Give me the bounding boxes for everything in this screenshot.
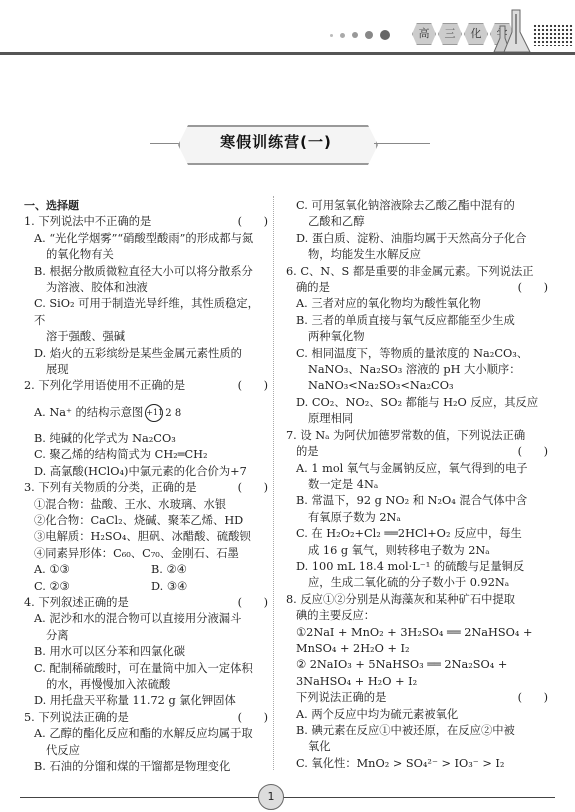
option-cont: 物，均能发生水解反应 [286,247,548,263]
answer-blank: ( ) [518,444,548,460]
question-7-stem-cont: 的是( ) [286,444,548,460]
option-cont: 的水，再慢慢加入浓硫酸 [24,677,268,693]
stem-text: 1. 下列说法中不正确的是 [24,214,151,230]
option-cont: 溶于强酸、强碱 [24,329,268,345]
column-divider [273,196,274,770]
statement: ①混合物：盐酸、王水、水玻璃、水银 [24,497,268,513]
stem-text: 5. 下列说法正确的是 [24,710,129,726]
option-cont: 数一定是 4Nₐ [286,477,548,493]
decorative-dot-grid [533,24,573,46]
option-cont: NaNO₃<Na₂SO₃<Na₂CO₃ [286,378,548,394]
option-cont: 代反应 [24,743,268,759]
option: D. 高氯酸(HClO₄)中氯元素的化合价为+7 [24,464,268,480]
option: B. 三者的单质直接与氧气反应都能至少生成 [286,313,548,329]
option-cont: 原理相同 [286,411,548,427]
option: C. SiO₂ 可用于制造光导纤维，其性质稳定，不 [24,296,268,329]
equation: 3NaHSO₄ + H₂O + I₂ [286,674,548,690]
subject-char: 三 [438,23,462,45]
statement: ③电解质：H₂SO₄、胆矾、冰醋酸、硫酸钡 [24,529,268,545]
option: A. 两个反应中均为硫元素被氧化 [286,707,548,723]
option: C. 可用氢氧化钠溶液除去乙酸乙酯中混有的 [286,198,548,214]
answer-blank: ( ) [238,214,268,230]
option: C. 相同温度下，等物质的量浓度的 Na₂CO₃、 [286,346,548,362]
option: A. Na⁺ 的结构示意图+112 8 [24,395,268,431]
option: D. 用托盘天平称量 11.72 g 氯化钾固体 [24,693,268,709]
answer-blank: ( ) [238,378,268,394]
option-text: A. Na⁺ 的结构示意图 [34,406,143,419]
equation: MnSO₄ + 2H₂O + I₂ [286,641,548,657]
answer-blank: ( ) [518,690,548,706]
equation: ①2NaI + MnO₂ + 3H₂SO₄ ══ 2NaHSO₄ + [286,625,548,641]
stem-text: 4. 下列叙述正确的是 [24,595,129,611]
option-cont: 展现 [24,362,268,378]
left-column: 一、选择题 1. 下列说法中不正确的是( ) A. “光化学烟雾”“硝酸型酸雨”… [24,198,268,775]
option: B. 根据分散质微粒直径大小可以将分散系分 [24,264,268,280]
option: D. ③④ [151,579,268,595]
option: C. 聚乙烯的结构简式为 CH₂═CH₂ [24,447,268,463]
option: B. 用水可以区分苯和四氯化碳 [24,644,268,660]
option: D. 焰火的五彩缤纷是某些金属元素性质的 [24,346,268,362]
question-2-stem: 2. 下列化学用语使用不正确的是( ) [24,378,268,394]
option: D. 100 mL 18.4 mol·L⁻¹ 的硫酸与足量铜反 [286,559,548,575]
stem-text: 3. 下列有关物质的分类，正确的是 [24,480,197,496]
header-rule [0,52,575,55]
subject-char: 高 [412,23,436,45]
option: B. 碘元素在反应①中被还原，在反应②中被 [286,723,548,739]
question-4-stem: 4. 下列叙述正确的是( ) [24,595,268,611]
statement: ②化合物：CaCl₂、烧碱、聚苯乙烯、HD [24,513,268,529]
atom-diagram-icon: +11 [145,404,163,422]
option: A. 1 mol 氧气与金属钠反应，氧气得到的电子 [286,461,548,477]
stem-text: 下列说法正确的是 [296,690,386,706]
option-cont: 有氧原子数为 2Nₐ [286,510,548,526]
option-cont: NaNO₃、Na₂SO₃ 溶液的 pH 大小顺序： [286,362,548,378]
option: A. 乙醇的酯化反应和酯的水解反应均属于取 [24,726,268,742]
option: A. 三者对应的氧化物均为酸性氧化物 [286,296,548,312]
question-8-stem: 8. 反应①②分别是从海藻灰和某种矿石中提取 [286,592,548,608]
question-8-prompt: 下列说法正确的是( ) [286,690,548,706]
page-header: 高 三 化 学 [0,0,575,60]
question-6-stem-cont: 确的是( ) [286,280,548,296]
option-cont: 分离 [24,628,268,644]
option: B. ②④ [151,562,268,578]
option-cont: 应，生成二氧化硫的分子数小于 0.92Nₐ [286,575,548,591]
option-cont: 氧化 [286,739,548,755]
stem-text: 确的是 [296,280,330,296]
option: B. 石油的分馏和煤的干馏都是物理变化 [24,759,268,775]
question-7-stem: 7. 设 Nₐ 为阿伏加德罗常数的值，下列说法正确 [286,428,548,444]
section-heading: 一、选择题 [24,198,268,214]
option: A. “光化学烟雾”“硝酸型酸雨”的形成都与氮 [24,231,268,247]
option-cont: 的氧化物有关 [24,247,268,263]
option: A. ①③ [34,562,151,578]
page-title: 寒假训练营(一) [150,131,402,152]
option-cont: 乙酸和乙醇 [286,214,548,230]
option: C. 在 H₂O₂+Cl₂ ══2HCl+O₂ 反应中，每生 [286,526,548,542]
page-number: 1 [258,784,284,810]
flask-icon [492,8,532,54]
title-banner: 寒假训练营(一) [150,123,430,167]
option-row: C. ②③D. ③④ [24,579,268,595]
answer-blank: ( ) [238,595,268,611]
footer-rule [20,797,555,798]
statement: ④同素异形体：C₆₀、C₇₀、金刚石、石墨 [24,546,268,562]
option: B. 常温下，92 g NO₂ 和 N₂O₄ 混合气体中含 [286,493,548,509]
option: C. 配制稀硫酸时，可在量筒中加入一定体积 [24,661,268,677]
question-5-stem: 5. 下列说法正确的是( ) [24,710,268,726]
question-6-stem: 6. C、N、S 都是重要的非金属元素。下列说法正 [286,264,548,280]
electron-shells: 2 8 [165,408,181,419]
option-cont: 为溶液、胶体和浊液 [24,280,268,296]
answer-blank: ( ) [238,480,268,496]
option: D. 蛋白质、淀粉、油脂均属于天然高分子化合 [286,231,548,247]
decorative-dots [330,30,390,40]
answer-blank: ( ) [238,710,268,726]
option-cont: 成 16 g 氧气，则转移电子数为 2Nₐ [286,543,548,559]
subject-char: 化 [464,23,488,45]
right-column: C. 可用氢氧化钠溶液除去乙酸乙酯中混有的 乙酸和乙醇 D. 蛋白质、淀粉、油脂… [286,198,548,772]
equation: ② 2NaIO₃ + 5NaHSO₃ ══ 2Na₂SO₄ + [286,657,548,673]
option: B. 纯碱的化学式为 Na₂CO₃ [24,431,268,447]
option: A. 泥沙和水的混合物可以直接用分液漏斗 [24,611,268,627]
answer-blank: ( ) [518,280,548,296]
stem-text: 2. 下列化学用语使用不正确的是 [24,378,185,394]
option-cont: 两种氧化物 [286,329,548,345]
option: C. ②③ [34,579,151,595]
option: D. CO₂、NO₂、SO₂ 都能与 H₂O 反应，其反应 [286,395,548,411]
stem-text: 的是 [296,444,319,460]
question-3-stem: 3. 下列有关物质的分类，正确的是( ) [24,480,268,496]
option: C. 氧化性：MnO₂ > SO₄²⁻ > IO₃⁻ > I₂ [286,756,548,772]
question-8-stem-cont: 碘的主要反应： [286,608,548,624]
option-row: A. ①③B. ②④ [24,562,268,578]
question-1-stem: 1. 下列说法中不正确的是( ) [24,214,268,230]
